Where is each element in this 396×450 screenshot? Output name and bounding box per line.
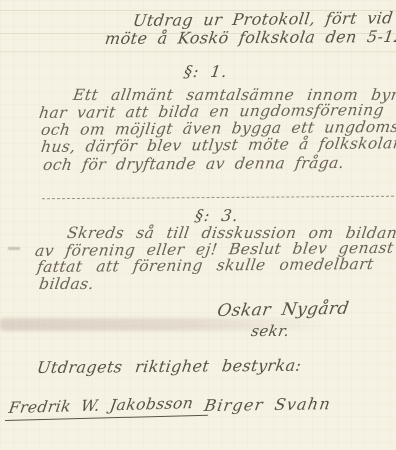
- secretary-signature: Oskar Nygård: [216, 301, 350, 320]
- attestation-line: Utdragets riktighet bestyrka:: [36, 358, 302, 376]
- margin-smudge-mark: [8, 247, 20, 250]
- section-1-line: och för dryftande av denna fråga.: [42, 156, 345, 174]
- section-3-line: bildas.: [38, 277, 95, 293]
- ruled-line: [0, 51, 396, 52]
- document-page: Utdrag ur Protokoll, fört vid möte å Kos…: [0, 0, 396, 450]
- section-3-line: fattat att förening skulle omedelbart: [36, 257, 375, 275]
- document-title-line-1: Utdrag ur Protokoll, fört vid: [132, 10, 394, 29]
- secretary-role: sekr.: [250, 324, 291, 339]
- section-3-heading: §: 3.: [194, 208, 240, 224]
- document-title-line-2: möte å Koskö folkskola den 5-12-1926: [104, 29, 396, 47]
- witness-signature-2: Birger Svahn: [203, 396, 332, 414]
- section-1-heading: §: 1.: [183, 64, 229, 80]
- section-1-line: hus, därför blev utlyst möte å folkskola…: [40, 136, 396, 155]
